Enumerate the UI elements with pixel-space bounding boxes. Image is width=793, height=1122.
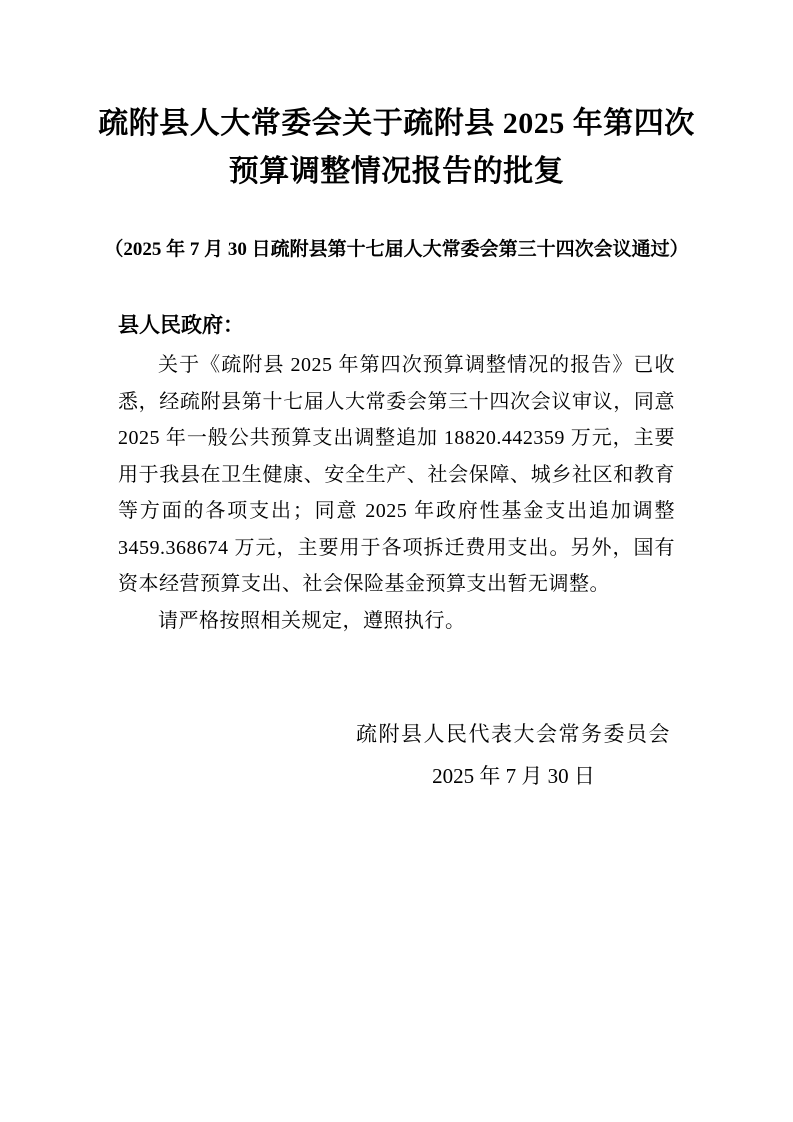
meeting-approval-note: （2025 年 7 月 30 日疏附县第十七届人大常委会第三十四次会议通过） xyxy=(0,236,793,264)
closing-block: 疏附县人民代表大会常务委员会 2025 年 7 月 30 日 xyxy=(118,713,675,797)
document-title-line-1: 疏附县人大常委会关于疏附县 2025 年第四次 xyxy=(0,100,793,148)
document-title: 疏附县人大常委会关于疏附县 2025 年第四次 预算调整情况报告的批复 xyxy=(0,100,793,196)
issuing-authority-signature: 疏附县人民代表大会常务委员会 xyxy=(356,713,671,755)
document-page: 疏附县人大常委会关于疏附县 2025 年第四次 预算调整情况报告的批复 （202… xyxy=(0,0,793,1122)
body-paragraph-2: 请严格按照相关规定，遵照执行。 xyxy=(118,603,675,640)
document-body: 县人民政府： 关于《疏附县 2025 年第四次预算调整情况的报告》已收悉，经疏附… xyxy=(0,310,793,797)
issue-date: 2025 年 7 月 30 日 xyxy=(356,755,671,797)
salutation: 县人民政府： xyxy=(118,310,675,340)
document-title-line-2: 预算调整情况报告的批复 xyxy=(0,148,793,196)
body-paragraph-1: 关于《疏附县 2025 年第四次预算调整情况的报告》已收悉，经疏附县第十七届人大… xyxy=(118,347,675,603)
closing-inner: 疏附县人民代表大会常务委员会 2025 年 7 月 30 日 xyxy=(356,713,671,797)
